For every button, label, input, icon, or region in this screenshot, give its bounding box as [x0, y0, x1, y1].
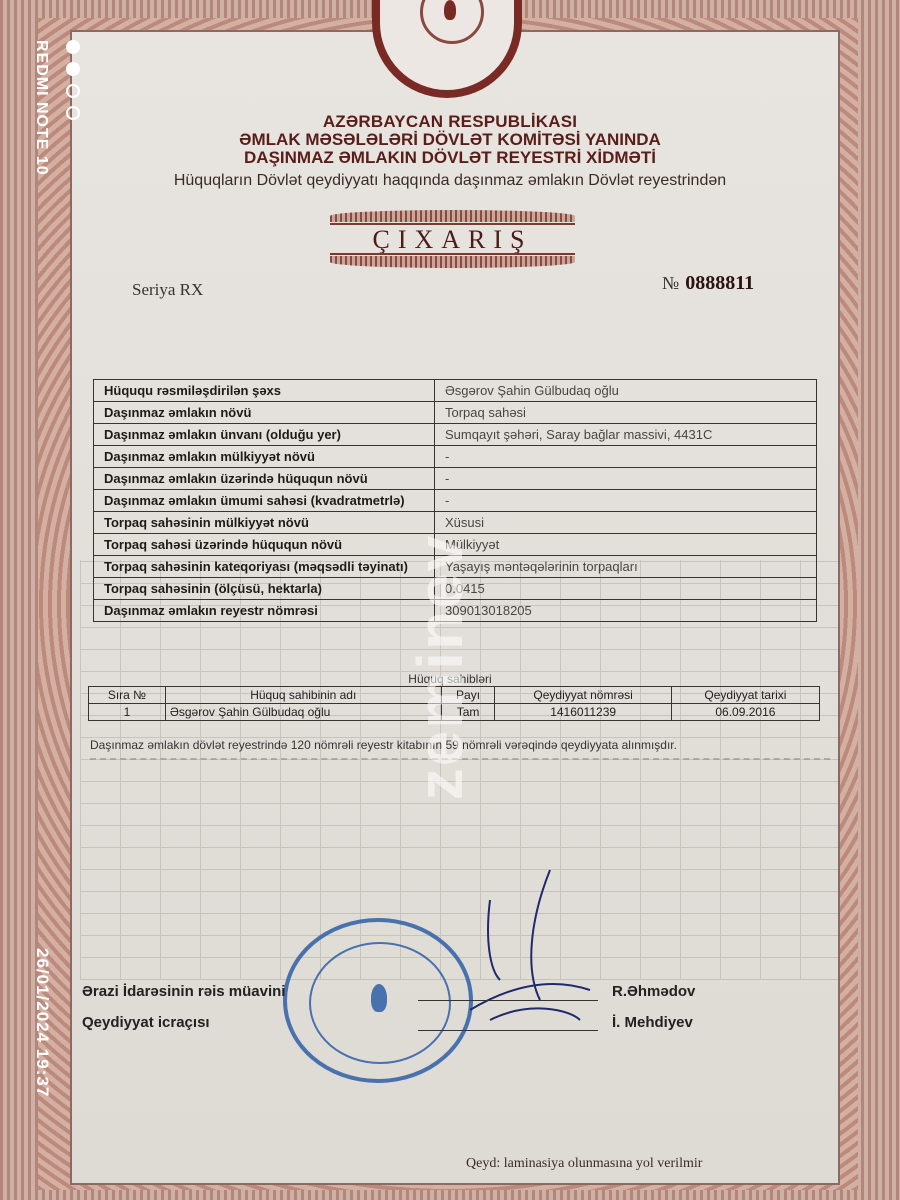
signature-line [418, 1030, 598, 1031]
camera-dot-icon [66, 62, 80, 76]
info-label: Daşınmaz əmlakın növü [94, 402, 435, 424]
header-line-1: AZƏRBAYCAN RESPUBLİKASI [0, 112, 900, 132]
info-label: Torpaq sahəsinin mülkiyyət növü [94, 512, 435, 534]
camera-timestamp: 26/01/2024 19:37 [32, 948, 52, 1097]
camera-dot-icon [66, 40, 80, 54]
document-number: №0888811 [662, 272, 754, 295]
signature-name-1: R.Əhmədov [612, 983, 695, 1000]
camera-dot-icon [66, 84, 80, 98]
camera-dots [66, 40, 82, 128]
info-label: Daşınmaz əmlakın ünvanı (olduğu yer) [94, 424, 435, 446]
camera-dot-icon [66, 106, 80, 120]
owners-column-header: Sıra № [89, 687, 166, 704]
info-value: Xüsusi [435, 512, 817, 534]
number-value: 0888811 [685, 272, 754, 294]
info-value: - [435, 490, 817, 512]
owners-cell: 1 [89, 704, 166, 721]
document-subtitle: Hüquqların Dövlət qeydiyyatı haqqında da… [0, 172, 900, 190]
info-label: Hüququ rəsmiləşdirilən şəxs [94, 380, 435, 402]
info-value: Yaşayış məntəqələrinin torpaqları [435, 556, 817, 578]
owners-column-header: Qeydiyyat tarixi [671, 687, 819, 704]
info-value: - [435, 468, 817, 490]
signature-name-2: İ. Mehdiyev [612, 1014, 693, 1031]
info-row: Daşınmaz əmlakın ünvanı (olduğu yer)Sumq… [94, 424, 817, 446]
camera-device-label: REDMI NOTE 10 [26, 40, 50, 176]
title-banner: ÇIXARIŞ [330, 210, 575, 268]
info-value: - [435, 446, 817, 468]
seal-flame-icon [371, 984, 387, 1012]
number-sign: № [662, 273, 679, 293]
owners-column-header: Qeydiyyat nömrəsi [495, 687, 671, 704]
info-label: Daşınmaz əmlakın üzərində hüququn növü [94, 468, 435, 490]
document-title: ÇIXARIŞ [330, 225, 575, 255]
signature-line [418, 1000, 598, 1001]
series-label: Seriya RX [132, 280, 203, 300]
info-value: 309013018205 [435, 600, 817, 622]
watermark: zeminev [403, 497, 477, 837]
info-label: Daşınmaz əmlakın ümumi sahəsi (kvadratme… [94, 490, 435, 512]
signature-role-1: Ərazi İdarəsinin rəis müavini [82, 983, 285, 1000]
banner-rule [330, 253, 575, 255]
info-value: Mülkiyyət [435, 534, 817, 556]
registry-note: Daşınmaz əmlakın dövlət reyestrində 120 … [90, 738, 677, 752]
info-label: Torpaq sahəsinin kateqoriyası (məqsədli … [94, 556, 435, 578]
header-line-2: ƏMLAK MƏSƏLƏLƏRİ DÖVLƏT KOMİTƏSİ YANINDA [0, 130, 900, 150]
banner-ornament-bottom [330, 256, 575, 268]
signature-role-2: Qeydiyyat icraçısı [82, 1014, 210, 1031]
info-row: Daşınmaz əmlakın üzərində hüququn növü- [94, 468, 817, 490]
flame-icon [444, 0, 456, 20]
info-value: Torpaq sahəsi [435, 402, 817, 424]
info-row: Daşınmaz əmlakın mülkiyyət növü- [94, 446, 817, 468]
emblem-star-circle [420, 0, 484, 44]
footnote: Qeyd: laminasiya olunmasına yol verilmir [466, 1156, 702, 1172]
info-value: Sumqayıt şəhəri, Saray bağlar massivi, 4… [435, 424, 817, 446]
info-label: Torpaq sahəsinin (ölçüsü, hektarla) [94, 578, 435, 600]
info-row: Daşınmaz əmlakın növüTorpaq sahəsi [94, 402, 817, 424]
info-value: Əsgərov Şahin Gülbudaq oğlu [435, 380, 817, 402]
banner-ornament-top [330, 210, 575, 222]
owners-cell: 06.09.2016 [671, 704, 819, 721]
info-label: Daşınmaz əmlakın mülkiyyət növü [94, 446, 435, 468]
owners-cell: 1416011239 [495, 704, 671, 721]
header-line-3: DAŞINMAZ ƏMLAKIN DÖVLƏT REYESTRİ XİDMƏTİ [0, 148, 900, 168]
info-value: 0.0415 [435, 578, 817, 600]
signature-icon [430, 860, 630, 1040]
info-label: Torpaq sahəsi üzərində hüququn növü [94, 534, 435, 556]
owners-cell: Əsgərov Şahin Gülbudaq oğlu [165, 704, 441, 721]
info-label: Daşınmaz əmlakın reyestr nömrəsi [94, 600, 435, 622]
owners-column-header: Hüquq sahibinin adı [165, 687, 441, 704]
info-row: Hüququ rəsmiləşdirilən şəxsƏsgərov Şahin… [94, 380, 817, 402]
